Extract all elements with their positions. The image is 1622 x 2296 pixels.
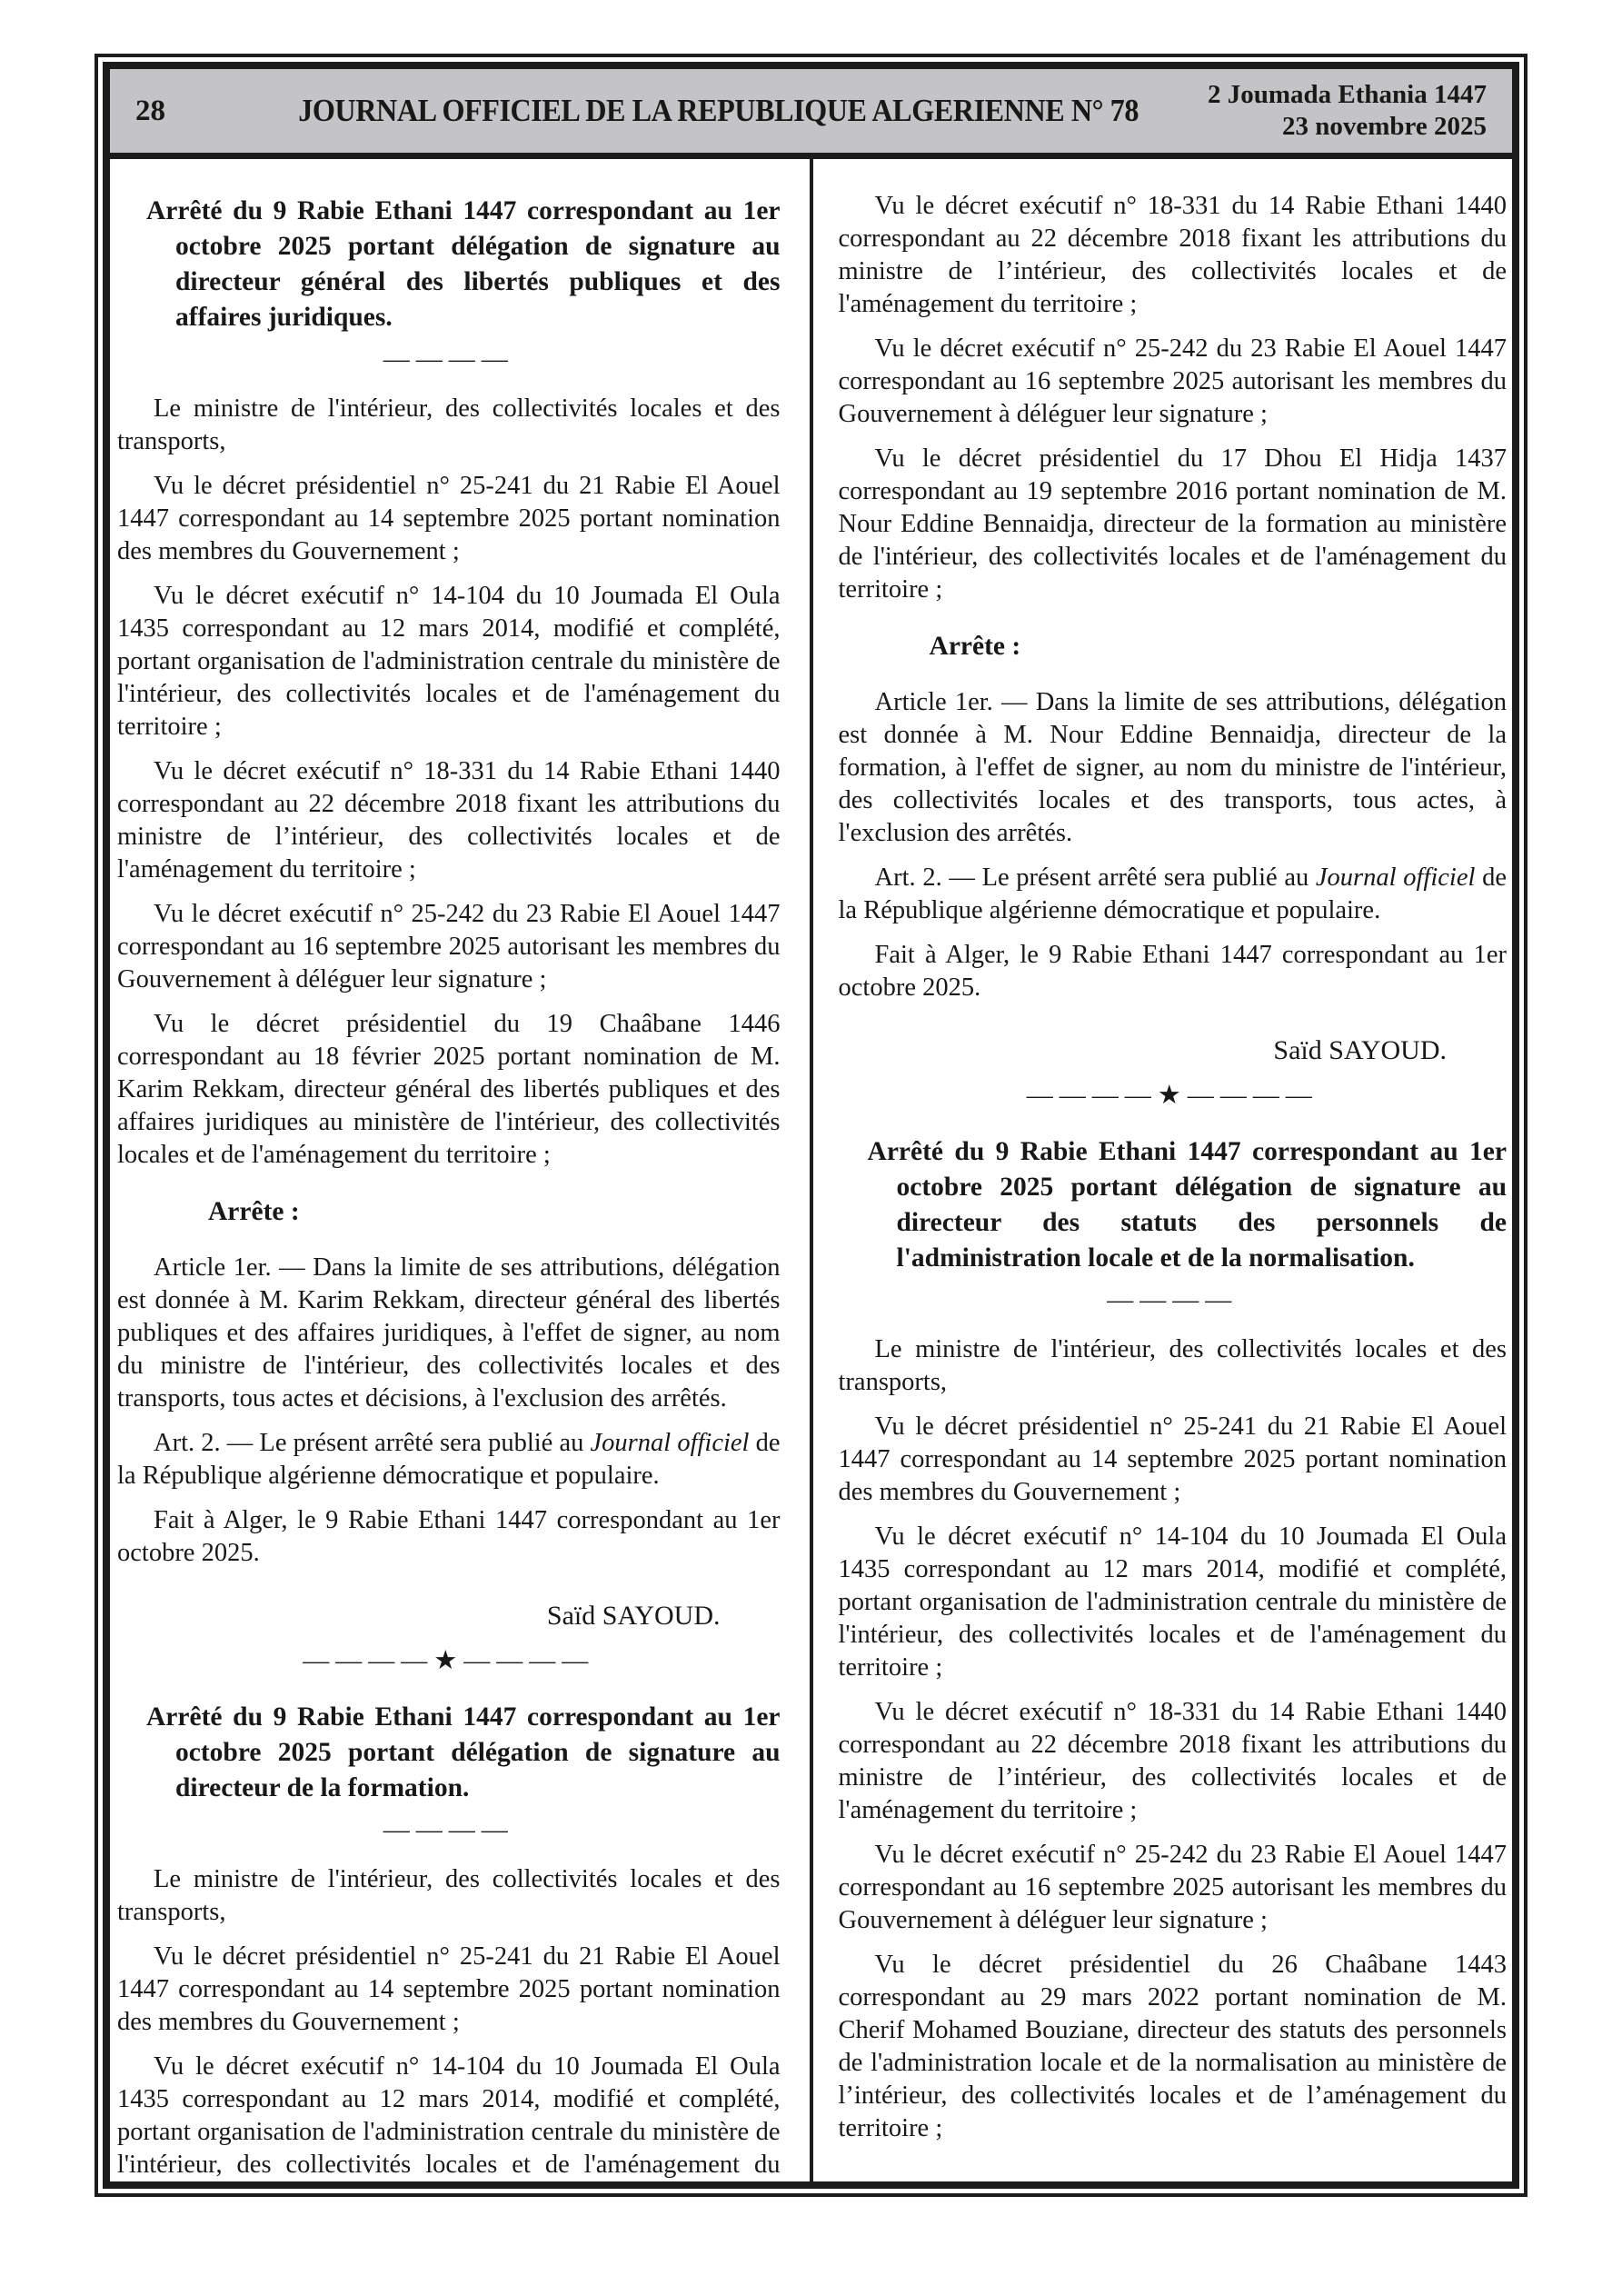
italic-run: Journal officiel bbox=[1316, 863, 1476, 892]
paragraph: Vu le décret exécutif n° 25-242 du 23 Ra… bbox=[117, 898, 781, 996]
arrete-heading: Arrête : bbox=[839, 630, 1507, 663]
paragraph: Fait à Alger, le 9 Rabie Ethani 1447 cor… bbox=[117, 1504, 781, 1570]
paragraph: Vu le décret exécutif n° 18-331 du 14 Ra… bbox=[117, 755, 781, 886]
journal-page: { "header": { "page_number": "28", "titl… bbox=[0, 0, 1622, 2296]
paragraph: Art. 2. — Le présent arrêté sera publié … bbox=[839, 862, 1507, 927]
star-separator: ————★———— bbox=[117, 1644, 781, 1676]
header-bar: 28 JOURNAL OFFICIEL DE LA REPUBLIQUE ALG… bbox=[110, 69, 1512, 159]
paragraph: Vu le décret exécutif n° 18-331 du 14 Ra… bbox=[839, 190, 1507, 321]
arrete-title: Arrêté du 9 Rabie Ethani 1447 correspond… bbox=[839, 1134, 1507, 1276]
paragraph: Vu le décret présidentiel n° 25-241 du 2… bbox=[839, 1411, 1507, 1509]
paragraph: Article 1er. — Dans la limite de ses att… bbox=[839, 686, 1507, 850]
paragraph: Vu le décret exécutif n° 25-242 du 23 Ra… bbox=[839, 333, 1507, 431]
date-gregorian: 23 novembre 2025 bbox=[1175, 111, 1487, 143]
paragraph: Vu le décret présidentiel n° 25-241 du 2… bbox=[117, 1941, 781, 2039]
italic-run: Journal officiel bbox=[591, 1429, 750, 1457]
arrete-title: Arrêté du 9 Rabie Ethani 1447 correspond… bbox=[117, 1700, 781, 1806]
paragraph: Vu le décret exécutif n° 25-242 du 23 Ra… bbox=[839, 1839, 1507, 1937]
signature: Saïd SAYOUD. bbox=[839, 1035, 1507, 1066]
signature: Saïd SAYOUD. bbox=[117, 1601, 781, 1632]
paragraph: Vu le décret présidentiel n° 25-241 du 2… bbox=[117, 470, 781, 568]
star-separator: ————★———— bbox=[839, 1079, 1507, 1111]
page-content: Arrêté du 9 Rabie Ethani 1447 correspond… bbox=[110, 159, 1512, 2181]
paragraph: Vu le décret exécutif n° 18-331 du 14 Ra… bbox=[839, 1696, 1507, 1827]
header-dates: 2 Joumada Ethania 1447 23 novembre 2025 bbox=[1175, 79, 1487, 143]
dash-separator: ———— bbox=[117, 344, 781, 374]
left-column: Arrêté du 9 Rabie Ethani 1447 correspond… bbox=[110, 159, 810, 2181]
paragraph: Vu le décret exécutif n° 14-104 du 10 Jo… bbox=[117, 2051, 781, 2189]
paragraph: Le ministre de l'intérieur, des collecti… bbox=[839, 1333, 1507, 1399]
paragraph: Article 1er. — Dans la limite de ses att… bbox=[117, 1252, 781, 1415]
paragraph: Fait à Alger, le 9 Rabie Ethani 1447 cor… bbox=[839, 939, 1507, 1004]
paragraph: Le ministre de l'intérieur, des collecti… bbox=[117, 1863, 781, 1929]
paragraph: Vu le décret présidentiel du 19 Chaâbane… bbox=[117, 1008, 781, 1172]
text-run: Art. 2. — Le présent arrêté sera publié … bbox=[875, 863, 1316, 892]
paragraph: Vu le décret exécutif n° 14-104 du 10 Jo… bbox=[117, 580, 781, 744]
page-frame: 28 JOURNAL OFFICIEL DE LA REPUBLIQUE ALG… bbox=[95, 54, 1527, 2197]
paragraph: Art. 2. — Le présent arrêté sera publié … bbox=[117, 1427, 781, 1492]
paragraph: Vu le décret exécutif n° 14-104 du 10 Jo… bbox=[839, 1521, 1507, 1684]
journal-title: JOURNAL OFFICIEL DE LA REPUBLIQUE ALGERI… bbox=[298, 93, 1139, 129]
paragraph: Vu le décret présidentiel du 17 Dhou El … bbox=[839, 443, 1507, 606]
paragraph: Vu le décret présidentiel du 26 Chaâbane… bbox=[839, 1949, 1507, 2145]
paragraph: Le ministre de l'intérieur, des collecti… bbox=[117, 393, 781, 458]
date-hijri: 2 Joumada Ethania 1447 bbox=[1175, 79, 1487, 111]
inner-frame: 28 JOURNAL OFFICIEL DE LA REPUBLIQUE ALG… bbox=[103, 62, 1519, 2189]
dash-separator: ———— bbox=[117, 1815, 781, 1845]
arrete-title: Arrêté du 9 Rabie Ethani 1447 correspond… bbox=[117, 194, 781, 335]
dash-separator: ———— bbox=[839, 1285, 1507, 1315]
page-number: 28 bbox=[135, 95, 262, 128]
right-column: Vu le décret exécutif n° 18-331 du 14 Ra… bbox=[813, 159, 1512, 2181]
text-run: Art. 2. — Le présent arrêté sera publié … bbox=[154, 1429, 591, 1457]
arrete-heading: Arrête : bbox=[117, 1195, 781, 1228]
